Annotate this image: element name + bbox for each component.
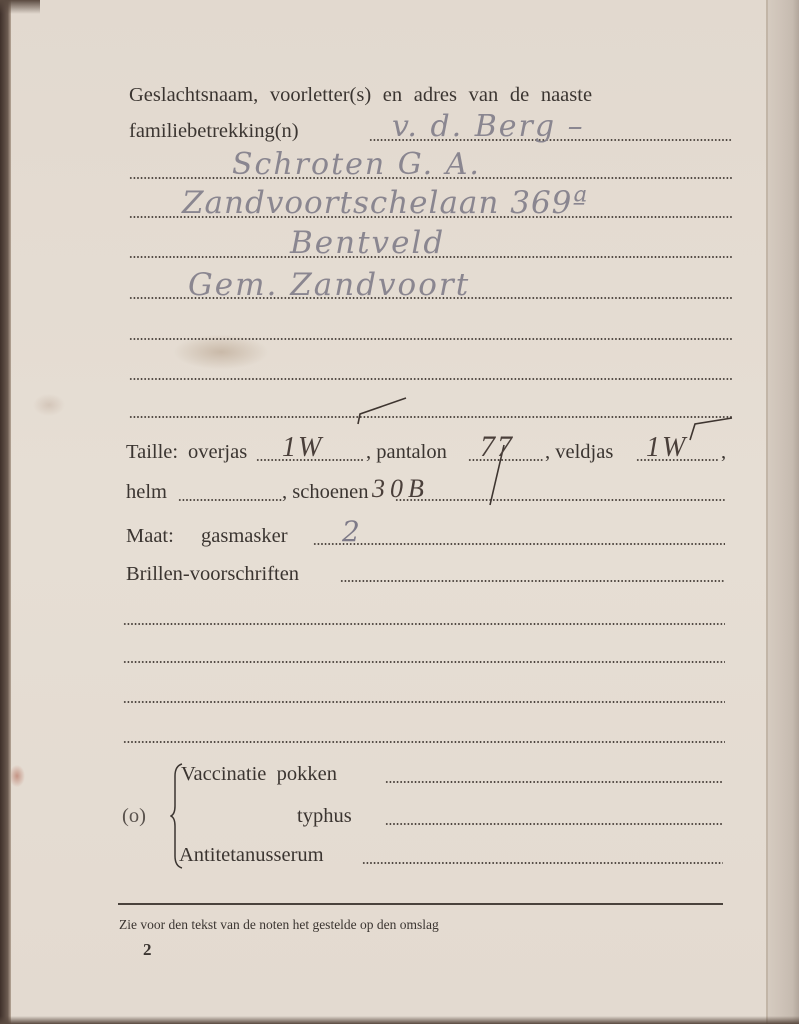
- brillen-field[interactable]: [340, 580, 725, 582]
- antitetanus-field[interactable]: [362, 862, 723, 864]
- gasmasker-label: gasmasker: [201, 526, 288, 547]
- taille-label: Taille:: [126, 442, 178, 463]
- brillen-extra-line-4[interactable]: [123, 741, 725, 743]
- typhus-field[interactable]: [385, 823, 723, 825]
- ink-check-strokes: [0, 0, 799, 1024]
- overjas-value: 1W: [282, 434, 323, 462]
- note-marker: (o): [122, 806, 146, 827]
- veldjas-label: , veldjas: [545, 442, 613, 463]
- veldjas-value: 1W: [646, 434, 687, 462]
- helm-field[interactable]: [178, 499, 282, 501]
- gasmasker-value: 2: [342, 518, 362, 546]
- pokken-field[interactable]: [385, 781, 723, 783]
- schoenen-field[interactable]: [395, 499, 725, 501]
- helm-label: helm: [126, 482, 167, 503]
- brillen-extra-line-3[interactable]: [123, 701, 725, 703]
- maat-label: Maat:: [126, 526, 174, 547]
- brillen-label: Brillen-voorschriften: [126, 564, 299, 585]
- brillen-extra-line-1[interactable]: [123, 623, 725, 625]
- gasmasker-field[interactable]: [313, 543, 725, 545]
- pokken-label: Vaccinatie pokken: [181, 764, 337, 785]
- antitetanus-label: Antitetanusserum: [179, 845, 324, 866]
- footnote-divider: [118, 903, 723, 905]
- schoenen-label: , schoenen: [282, 482, 369, 503]
- footnote-text: Zie voor den tekst van de noten het gest…: [119, 917, 439, 933]
- overjas-label: overjas: [188, 442, 247, 463]
- trailing-comma: ,: [721, 442, 726, 463]
- typhus-label: typhus: [297, 806, 352, 827]
- page-number: 2: [143, 940, 152, 960]
- pantalon-value: 77: [480, 432, 514, 462]
- brillen-extra-line-2[interactable]: [123, 661, 725, 663]
- schoenen-value: 30B: [372, 476, 429, 502]
- pantalon-label: , pantalon: [366, 442, 447, 463]
